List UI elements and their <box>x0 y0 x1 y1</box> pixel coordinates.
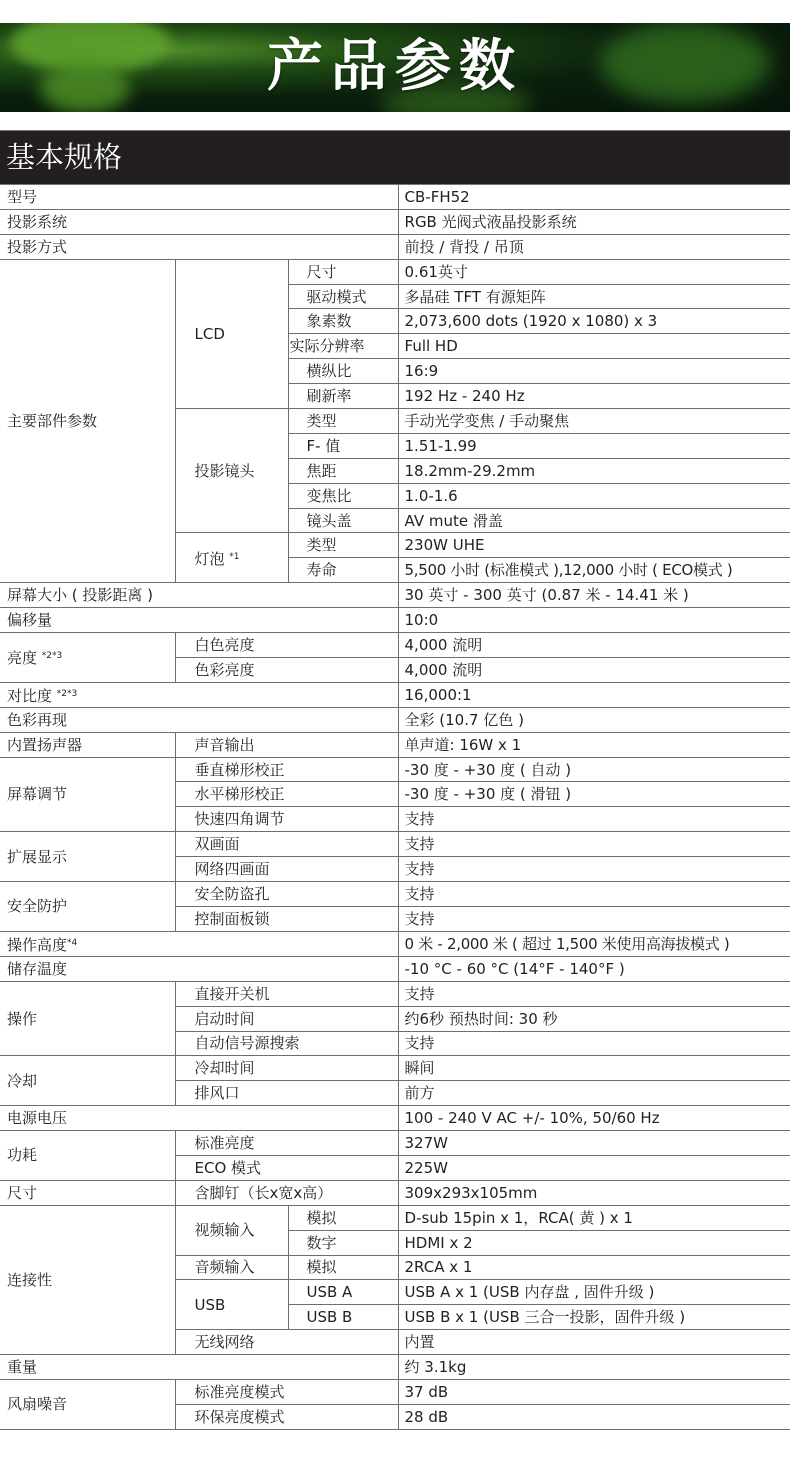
spec-value: HDMI x 2 <box>398 1230 790 1255</box>
spec-label: 白色亮度 <box>175 633 398 658</box>
spec-label: 安全防盗孔 <box>175 882 398 907</box>
spec-label: 操作高度*4 <box>0 931 398 956</box>
table-row: 电源电压 100 - 240 V AC +/- 10%, 50/60 Hz <box>0 1106 790 1131</box>
spec-value: 1.51-1.99 <box>398 433 790 458</box>
spec-value: 约6秒 预热时间: 30 秒 <box>398 1006 790 1031</box>
spec-label: 实际分辨率 <box>288 334 398 359</box>
spec-label: 类型 <box>288 533 398 558</box>
spec-label: 模拟 <box>288 1255 398 1280</box>
spec-label: 象素数 <box>288 309 398 334</box>
spec-value: AV mute 滑盖 <box>398 508 790 533</box>
table-row: 屏幕大小 ( 投影距离 ) 30 英寸 - 300 英寸 (0.87 米 - 1… <box>0 583 790 608</box>
table-row: 扩展显示 双画面 支持 <box>0 832 790 857</box>
spec-label: 型号 <box>0 185 398 209</box>
spec-value: 支持 <box>398 807 790 832</box>
table-row: 屏幕调节 垂直梯形校正 -30 度 - +30 度 ( 自动 ) <box>0 757 790 782</box>
spec-label: 排风口 <box>175 1081 398 1106</box>
spec-value: 支持 <box>398 882 790 907</box>
spec-value: 前方 <box>398 1081 790 1106</box>
spec-group-label: 冷却 <box>0 1056 175 1106</box>
spec-subgroup-label: 视频输入 <box>175 1205 288 1255</box>
spec-group-label: 操作 <box>0 981 175 1056</box>
table-row: 投影系统 RGB 光阀式液晶投影系统 <box>0 209 790 234</box>
spec-label: 冷却时间 <box>175 1056 398 1081</box>
spec-value: 1.0-1.6 <box>398 483 790 508</box>
table-row: 型号 CB-FH52 <box>0 185 790 209</box>
spec-label: 环保亮度模式 <box>175 1404 398 1429</box>
spec-value: 192 Hz - 240 Hz <box>398 384 790 409</box>
table-row: 投影方式 前投 / 背投 / 吊顶 <box>0 234 790 259</box>
spec-group-label: 亮度 *2*3 <box>0 633 175 683</box>
table-row: 储存温度 -10 °C - 60 °C (14°F - 140°F ) <box>0 956 790 981</box>
section-title: 基本规格 <box>6 138 122 176</box>
spec-value: 手动光学变焦 / 手动聚焦 <box>398 409 790 434</box>
header-banner: 产品参数 <box>0 23 790 112</box>
spec-label: 储存温度 <box>0 956 398 981</box>
spec-group-label: 屏幕调节 <box>0 757 175 832</box>
spec-value: 前投 / 背投 / 吊顶 <box>398 234 790 259</box>
spec-value: 16,000:1 <box>398 682 790 707</box>
section-header: 基本规格 <box>0 130 790 185</box>
spec-value: 309x293x105mm <box>398 1180 790 1205</box>
spec-label: 启动时间 <box>175 1006 398 1031</box>
spec-label: 双画面 <box>175 832 398 857</box>
spec-value: USB B x 1 (USB 三合一投影，固件升级 ) <box>398 1305 790 1330</box>
spec-label: 横纵比 <box>288 359 398 384</box>
spec-label: 偏移量 <box>0 608 398 633</box>
table-row: 主要部件参数 LCD 尺寸 0.61英寸 <box>0 259 790 284</box>
spec-value: 4,000 流明 <box>398 657 790 682</box>
spec-label: 变焦比 <box>288 483 398 508</box>
spec-value: 5,500 小时 (标准模式 ),12,000 小时 ( ECO模式 ) <box>398 558 790 583</box>
spec-value: D-sub 15pin x 1，RCA( 黄 ) x 1 <box>398 1205 790 1230</box>
footnote-marker: *2*3 <box>42 651 62 661</box>
spec-value: 支持 <box>398 857 790 882</box>
spec-value: 2,073,600 dots (1920 x 1080) x 3 <box>398 309 790 334</box>
spec-group-label: 安全防护 <box>0 882 175 932</box>
spec-value: -30 度 - +30 度 ( 自动 ) <box>398 757 790 782</box>
spec-value: USB A x 1 (USB 内存盘 , 固件升级 ) <box>398 1280 790 1305</box>
spec-label: 快速四角调节 <box>175 807 398 832</box>
spec-label: 对比度 *2*3 <box>0 682 398 707</box>
spec-value: 327W <box>398 1131 790 1156</box>
spec-value: 0 米 - 2,000 米 ( 超过 1,500 米使用高海拔模式 ) <box>398 931 790 956</box>
spec-group-label: 连接性 <box>0 1205 175 1354</box>
spec-subgroup-label: USB <box>175 1280 288 1330</box>
table-row: 风扇噪音 标准亮度模式 37 dB <box>0 1379 790 1404</box>
spec-label: 色彩再现 <box>0 707 398 732</box>
spec-value: -10 °C - 60 °C (14°F - 140°F ) <box>398 956 790 981</box>
spec-label: 色彩亮度 <box>175 657 398 682</box>
table-row: 功耗 标准亮度 327W <box>0 1131 790 1156</box>
spec-label: 投影系统 <box>0 209 398 234</box>
spec-value: 多晶硅 TFT 有源矩阵 <box>398 284 790 309</box>
footnote-marker: *2*3 <box>57 689 77 699</box>
spec-group-label: 主要部件参数 <box>0 259 175 583</box>
spec-label: 屏幕大小 ( 投影距离 ) <box>0 583 398 608</box>
spec-value: 支持 <box>398 906 790 931</box>
spec-label: 类型 <box>288 409 398 434</box>
spec-value: CB-FH52 <box>398 185 790 209</box>
spec-value: 约 3.1kg <box>398 1355 790 1380</box>
spec-subgroup-label: 投影镜头 <box>175 409 288 533</box>
spec-label: 含脚钉（长x宽x高） <box>175 1180 398 1205</box>
spec-value: 30 英寸 - 300 英寸 (0.87 米 - 14.41 米 ) <box>398 583 790 608</box>
spec-group-label: 功耗 <box>0 1131 175 1181</box>
spec-subgroup-label: LCD <box>175 259 288 408</box>
spec-value: 37 dB <box>398 1379 790 1404</box>
spec-label: 刷新率 <box>288 384 398 409</box>
spec-value: RGB 光阀式液晶投影系统 <box>398 209 790 234</box>
spec-value: 内置 <box>398 1330 790 1355</box>
spec-label: 重量 <box>0 1355 398 1380</box>
table-row: 操作高度*4 0 米 - 2,000 米 ( 超过 1,500 米使用高海拔模式… <box>0 931 790 956</box>
spec-label: 自动信号源搜索 <box>175 1031 398 1056</box>
table-row: 安全防护 安全防盗孔 支持 <box>0 882 790 907</box>
spec-label: 电源电压 <box>0 1106 398 1131</box>
table-row: 偏移量 10:0 <box>0 608 790 633</box>
spec-value: 单声道: 16W x 1 <box>398 732 790 757</box>
spec-label: 寿命 <box>288 558 398 583</box>
spec-label: 驱动模式 <box>288 284 398 309</box>
spec-label: 镜头盖 <box>288 508 398 533</box>
spec-label: F- 值 <box>288 433 398 458</box>
spec-value: 10:0 <box>398 608 790 633</box>
spec-value: 100 - 240 V AC +/- 10%, 50/60 Hz <box>398 1106 790 1131</box>
spec-value: -30 度 - +30 度 ( 滑钮 ) <box>398 782 790 807</box>
spec-label: 控制面板锁 <box>175 906 398 931</box>
spec-subgroup-label: 音频输入 <box>175 1255 288 1280</box>
spec-value: 4,000 流明 <box>398 633 790 658</box>
spec-group-label: 风扇噪音 <box>0 1379 175 1429</box>
table-row: 色彩再现 全彩 (10.7 亿色 ) <box>0 707 790 732</box>
spec-label: 垂直梯形校正 <box>175 757 398 782</box>
spec-label: 声音输出 <box>175 732 398 757</box>
spec-label: 焦距 <box>288 458 398 483</box>
footnote-marker: *4 <box>67 938 77 948</box>
spec-value: Full HD <box>398 334 790 359</box>
footnote-marker: *1 <box>229 552 239 562</box>
spec-table: 型号 CB-FH52 投影系统 RGB 光阀式液晶投影系统 投影方式 前投 / … <box>0 185 790 1430</box>
spec-value: 支持 <box>398 1031 790 1056</box>
page-title: 产品参数 <box>0 31 790 103</box>
table-row: 操作 直接开关机 支持 <box>0 981 790 1006</box>
spec-label: 模拟 <box>288 1205 398 1230</box>
spec-value: 225W <box>398 1155 790 1180</box>
spec-group-label: 扩展显示 <box>0 832 175 882</box>
spec-label: 直接开关机 <box>175 981 398 1006</box>
spec-label: 网络四画面 <box>175 857 398 882</box>
table-row: 冷却 冷却时间 瞬间 <box>0 1056 790 1081</box>
spec-value: 2RCA x 1 <box>398 1255 790 1280</box>
table-row: 连接性 视频输入 模拟 D-sub 15pin x 1，RCA( 黄 ) x 1 <box>0 1205 790 1230</box>
table-row: 重量 约 3.1kg <box>0 1355 790 1380</box>
spec-label: 标准亮度 <box>175 1131 398 1156</box>
spec-group-label: 尺寸 <box>0 1180 175 1205</box>
spec-label: USB A <box>288 1280 398 1305</box>
spec-label: 数字 <box>288 1230 398 1255</box>
spec-value: 0.61英寸 <box>398 259 790 284</box>
spec-value: 16:9 <box>398 359 790 384</box>
spec-label: 水平梯形校正 <box>175 782 398 807</box>
spec-value: 18.2mm-29.2mm <box>398 458 790 483</box>
spec-group-label: 内置扬声器 <box>0 732 175 757</box>
spec-value: 230W UHE <box>398 533 790 558</box>
spec-label: 尺寸 <box>288 259 398 284</box>
spec-value: 支持 <box>398 981 790 1006</box>
spec-label: 投影方式 <box>0 234 398 259</box>
spec-value: 瞬间 <box>398 1056 790 1081</box>
spec-label: 标准亮度模式 <box>175 1379 398 1404</box>
spec-value: 支持 <box>398 832 790 857</box>
table-row: 对比度 *2*3 16,000:1 <box>0 682 790 707</box>
spec-value: 28 dB <box>398 1404 790 1429</box>
table-row: 亮度 *2*3 白色亮度 4,000 流明 <box>0 633 790 658</box>
spec-subgroup-label: 灯泡 *1 <box>175 533 288 583</box>
spec-value: 全彩 (10.7 亿色 ) <box>398 707 790 732</box>
spec-label: 无线网络 <box>175 1330 398 1355</box>
table-row: 内置扬声器 声音输出 单声道: 16W x 1 <box>0 732 790 757</box>
spec-label: USB B <box>288 1305 398 1330</box>
spec-label: ECO 模式 <box>175 1155 398 1180</box>
table-row: 尺寸 含脚钉（长x宽x高） 309x293x105mm <box>0 1180 790 1205</box>
